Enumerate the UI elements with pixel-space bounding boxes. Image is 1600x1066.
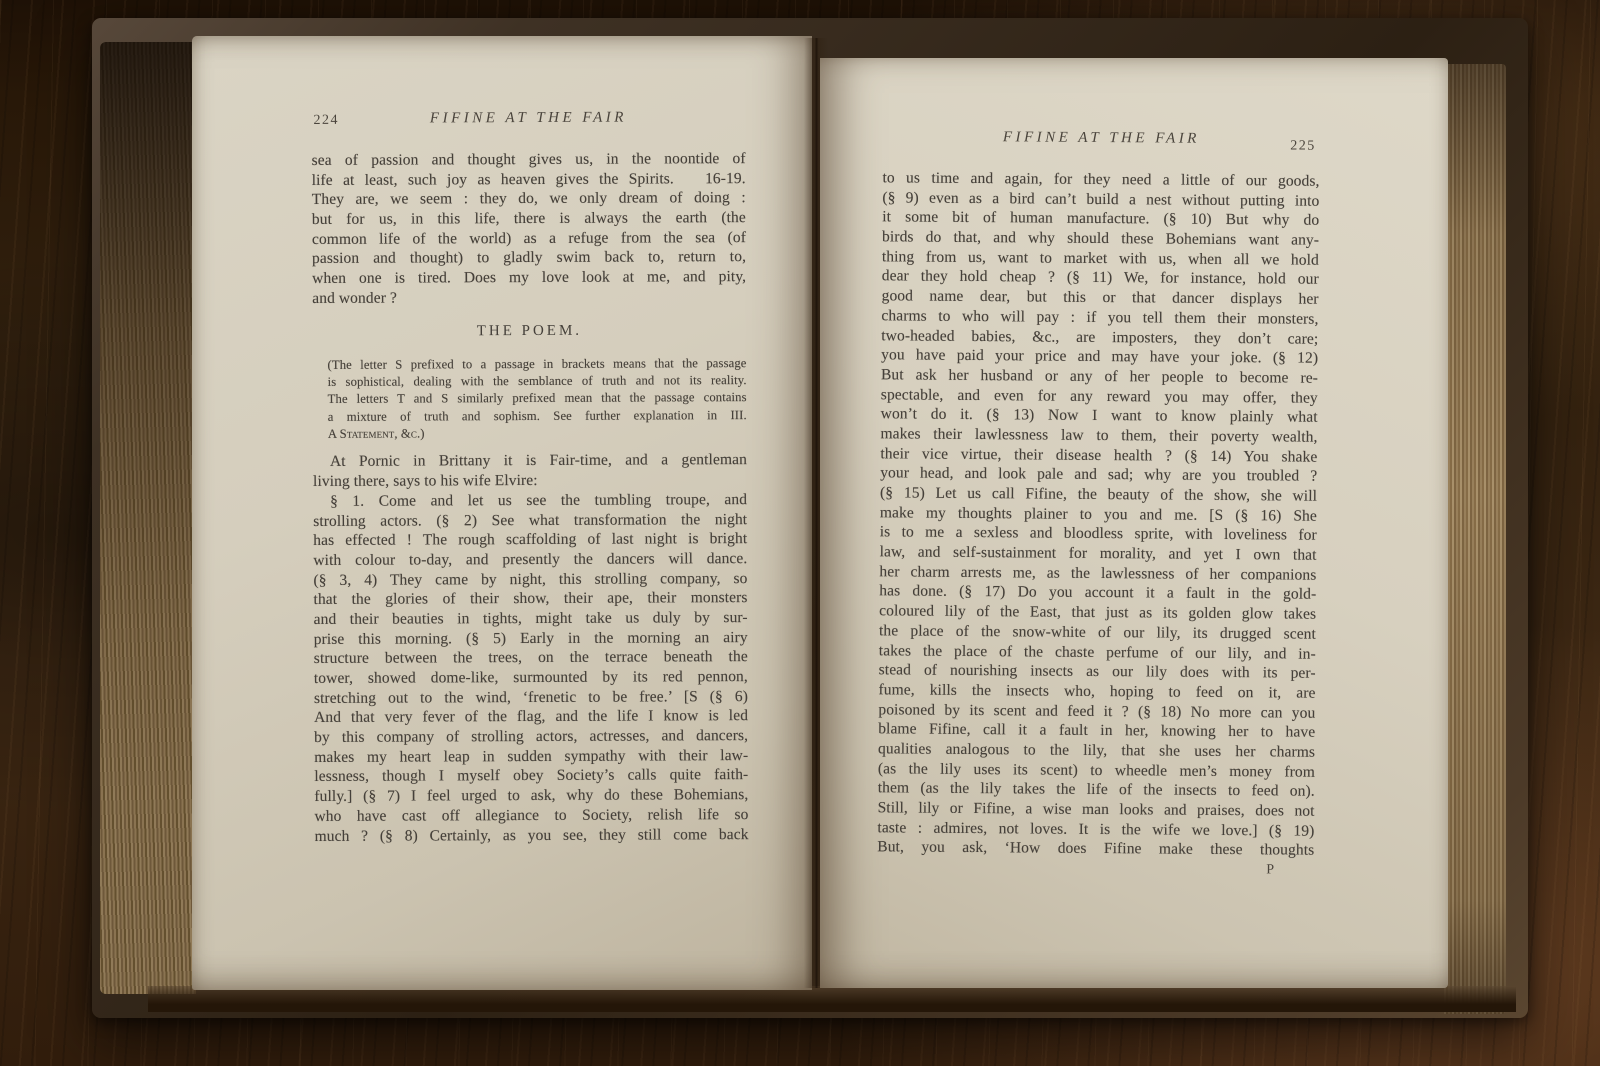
paragraph-body-right: to us time and again, for they need a li…	[877, 168, 1319, 860]
paragraph-continuation: sea of passion and thought gives us, in …	[312, 149, 747, 308]
right-page-number: 225	[1290, 138, 1316, 154]
open-book: 224 FIFINE AT THE FAIR sea of passion an…	[92, 18, 1528, 1018]
left-page-number: 224	[313, 113, 339, 129]
left-page: 224 FIFINE AT THE FAIR sea of passion an…	[192, 36, 812, 990]
paragraph-body-left: § 1. Come and let us see the tumbling tr…	[313, 490, 749, 846]
section-heading: THE POEM.	[312, 319, 746, 343]
right-page-text: FIFINE AT THE FAIR 225 to us time and ag…	[877, 128, 1320, 878]
wood-table-background: 224 FIFINE AT THE FAIR sea of passion an…	[0, 0, 1600, 1066]
paragraph-intro: At Pornic in Brittany it is Fair-time, a…	[313, 451, 747, 492]
paragraph-editor-note: (The letter S prefixed to a passage in b…	[327, 355, 746, 444]
right-page-edge-stack	[1444, 64, 1506, 1014]
printer-signature-mark: P	[877, 859, 1314, 878]
right-page: FIFINE AT THE FAIR 225 to us time and ag…	[820, 58, 1448, 988]
left-page-edge-stack	[100, 42, 196, 994]
right-page-header: FIFINE AT THE FAIR 225	[883, 128, 1320, 152]
left-page-text: 224 FIFINE AT THE FAIR sea of passion an…	[311, 109, 748, 846]
left-running-head: FIFINE AT THE FAIR	[311, 109, 745, 128]
right-running-head: FIFINE AT THE FAIR	[883, 128, 1320, 148]
left-page-header: 224 FIFINE AT THE FAIR	[311, 109, 745, 132]
